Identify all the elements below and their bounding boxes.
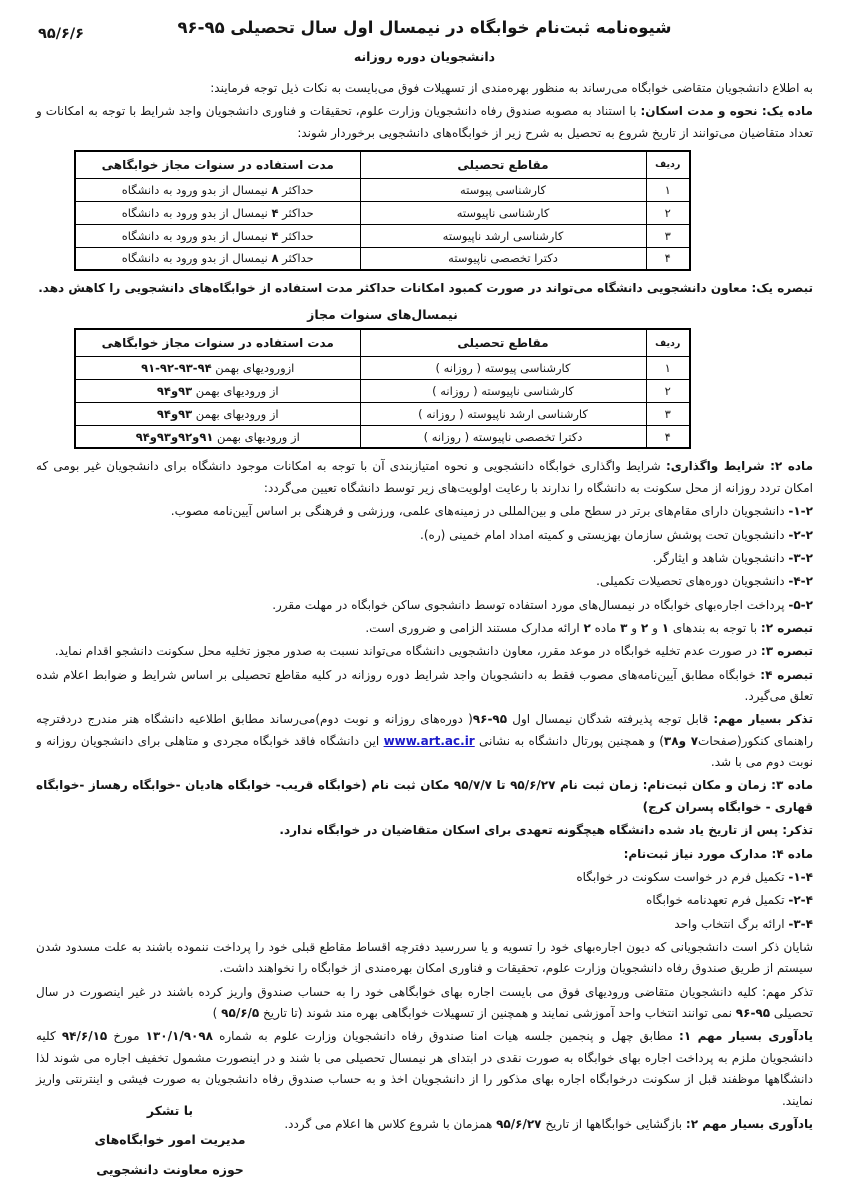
- duration-cell: حداکثر ۸ نیمسال از بدو ورود به دانشگاه: [75, 178, 360, 201]
- table-row: ۴ دکترا تخصصی ناپیوسته ( روزانه ) از ورو…: [75, 425, 690, 448]
- degree-level-cell: کارشناسی ناپیوسته ( روزانه ): [360, 379, 646, 402]
- note-2-paragraph: تبصره ۲: با توجه به بندهای ۱ و ۲ و ۳ ماد…: [36, 618, 813, 639]
- document-header: ۹۵/۶/۶ شیوه‌نامه ثبت‌نام خوابگاه در نیمس…: [36, 18, 813, 64]
- column-header-row-number: ردیف: [646, 151, 690, 178]
- row-number-cell: ۲: [646, 201, 690, 224]
- table-row: ۲ کارشناسی ناپیوسته حداکثر ۴ نیمسال از ب…: [75, 201, 690, 224]
- duration-cell: ازورودیهای بهمن ۹۴-۹۳-۹۲-۹۱: [75, 356, 360, 379]
- priority-item-2: ۲-۲- دانشجویان تحت پوشش سازمان بهزیستی و…: [36, 525, 813, 546]
- semesters-table-caption: نیمسال‌های سنوات مجاز: [74, 307, 691, 322]
- row-number-cell: ۴: [646, 247, 690, 270]
- article-3-paragraph: ماده ۳: زمان و مکان ثبت‌نام: زمان ثبت نا…: [36, 775, 813, 818]
- document-page: ۹۵/۶/۶ شیوه‌نامه ثبت‌نام خوابگاه در نیمس…: [0, 0, 849, 1200]
- date-stamp: ۹۵/۶/۶: [38, 26, 84, 42]
- table-row: ۳ کارشناسی ارشد ناپیوسته حداکثر ۴ نیمسال…: [75, 224, 690, 247]
- table-header-row: ردیف مقاطع تحصیلی مدت استفاده در سنوات م…: [75, 151, 690, 178]
- table-row: ۴ دکترا تخصصی ناپیوسته حداکثر ۸ نیمسال ا…: [75, 247, 690, 270]
- duration-cell: از ورودیهای بهمن ۹۱و۹۲و۹۳و۹۴: [75, 425, 360, 448]
- column-header-row-number: ردیف: [646, 329, 690, 356]
- table-row: ۳ کارشناسی ارشد ناپیوسته ( روزانه ) از و…: [75, 402, 690, 425]
- document-title: شیوه‌نامه ثبت‌نام خوابگاه در نیمسال اول …: [36, 18, 813, 37]
- degree-level-cell: کارشناسی پیوسته ( روزانه ): [360, 356, 646, 379]
- required-document-item-2: ۲-۴- تکمیل فرم تعهدنامه خوابگاه: [36, 890, 813, 911]
- row-number-cell: ۱: [646, 356, 690, 379]
- column-header-degree-level: مقاطع تحصیلی: [360, 151, 646, 178]
- signature-line-2: حوزه معاونت دانشجویی: [86, 1155, 254, 1184]
- payment-deadline-notice: تذکر مهم: کلیه دانشجویان متقاضی ورودیهای…: [36, 982, 813, 1025]
- allowed-semesters-table: ردیف مقاطع تحصیلی مدت استفاده در سنوات م…: [74, 328, 691, 449]
- article-2-paragraph: ماده ۲: شرایط واگذاری: شرایط واگذاری خوا…: [36, 456, 813, 499]
- column-header-degree-level: مقاطع تحصیلی: [360, 329, 646, 356]
- important-notice-paragraph: تذکر بسیار مهم: قابل توجه پذیرفته شدگان …: [36, 709, 813, 773]
- article-4-paragraph: ماده ۴: مدارک مورد نیاز ثبت‌نام:: [36, 844, 813, 865]
- settlement-note-paragraph: شایان ذکر است دانشجویانی که دیون اجاره‌ب…: [36, 937, 813, 980]
- column-header-duration: مدت استفاده در سنوات مجاز خوابگاهی: [75, 329, 360, 356]
- row-number-cell: ۳: [646, 224, 690, 247]
- document-subtitle: دانشجویان دوره روزانه: [36, 49, 813, 64]
- degree-level-cell: کارشناسی ارشد ناپیوسته: [360, 224, 646, 247]
- duration-cell: از ورودیهای بهمن ۹۳و۹۴: [75, 379, 360, 402]
- row-number-cell: ۱: [646, 178, 690, 201]
- note-3-paragraph: تبصره ۳: در صورت عدم تخلیه خوابگاه در مو…: [36, 641, 813, 662]
- intro-paragraph: به اطلاع دانشجویان متقاضی خوابگاه می‌رسا…: [36, 78, 813, 99]
- column-header-duration: مدت استفاده در سنوات مجاز خوابگاهی: [75, 151, 360, 178]
- priority-item-1: ۱-۲- دانشجویان دارای مقام‌های برتر در سط…: [36, 501, 813, 522]
- priority-item-3: ۳-۲- دانشجویان شاهد و ایثارگر.: [36, 548, 813, 569]
- signature-block: با تشکر مدیریت امور خوابگاه‌های حوزه معا…: [86, 1096, 254, 1184]
- eligibility-duration-table: ردیف مقاطع تحصیلی مدت استفاده در سنوات م…: [74, 150, 691, 271]
- duration-cell: حداکثر ۸ نیمسال از بدو ورود به دانشگاه: [75, 247, 360, 270]
- required-document-item-1: ۱-۴- تکمیل فرم در خواست سکونت در خوابگاه: [36, 867, 813, 888]
- article-1-paragraph: ماده یک: نحوه و مدت اسکان: با استناد به …: [36, 101, 813, 144]
- duration-cell: حداکثر ۴ نیمسال از بدو ورود به دانشگاه: [75, 224, 360, 247]
- duration-cell: حداکثر ۴ نیمسال از بدو ورود به دانشگاه: [75, 201, 360, 224]
- priority-item-5: ۵-۲- پرداخت اجاره‌بهای خوابگاه در نیمسال…: [36, 595, 813, 616]
- note-4-paragraph: تبصره ۴: خوابگاه مطابق آیین‌نامه‌های مصو…: [36, 665, 813, 708]
- required-document-item-3: ۳-۴- ارائه برگ انتخاب واحد: [36, 914, 813, 935]
- degree-level-cell: کارشناسی ناپیوسته: [360, 201, 646, 224]
- degree-level-cell: کارشناسی پیوسته: [360, 178, 646, 201]
- degree-level-cell: دکترا تخصصی ناپیوسته ( روزانه ): [360, 425, 646, 448]
- table-row: ۱ کارشناسی پیوسته ( روزانه ) ازورودیهای …: [75, 356, 690, 379]
- no-commitment-notice: تذکر: پس از تاریخ یاد شده دانشگاه هیچگون…: [36, 820, 813, 841]
- degree-level-cell: دکترا تخصصی ناپیوسته: [360, 247, 646, 270]
- table-row: ۲ کارشناسی ناپیوسته ( روزانه ) از ورودیه…: [75, 379, 690, 402]
- priority-item-4: ۴-۲- دانشجویان دوره‌های تحصیلات تکمیلی.: [36, 571, 813, 592]
- signature-line-1: مدیریت امور خوابگاه‌های: [86, 1125, 254, 1154]
- duration-cell: از ورودیهای بهمن ۹۳و۹۴: [75, 402, 360, 425]
- portal-url-link[interactable]: www.art.ac.ir: [384, 734, 475, 748]
- table-header-row: ردیف مقاطع تحصیلی مدت استفاده در سنوات م…: [75, 329, 690, 356]
- note-1-paragraph: تبصره یک: معاون دانشجویی دانشگاه می‌توان…: [36, 278, 813, 299]
- row-number-cell: ۲: [646, 379, 690, 402]
- row-number-cell: ۳: [646, 402, 690, 425]
- thanks-line: با تشکر: [86, 1096, 254, 1125]
- degree-level-cell: کارشناسی ارشد ناپیوسته ( روزانه ): [360, 402, 646, 425]
- table-row: ۱ کارشناسی پیوسته حداکثر ۸ نیمسال از بدو…: [75, 178, 690, 201]
- row-number-cell: ۴: [646, 425, 690, 448]
